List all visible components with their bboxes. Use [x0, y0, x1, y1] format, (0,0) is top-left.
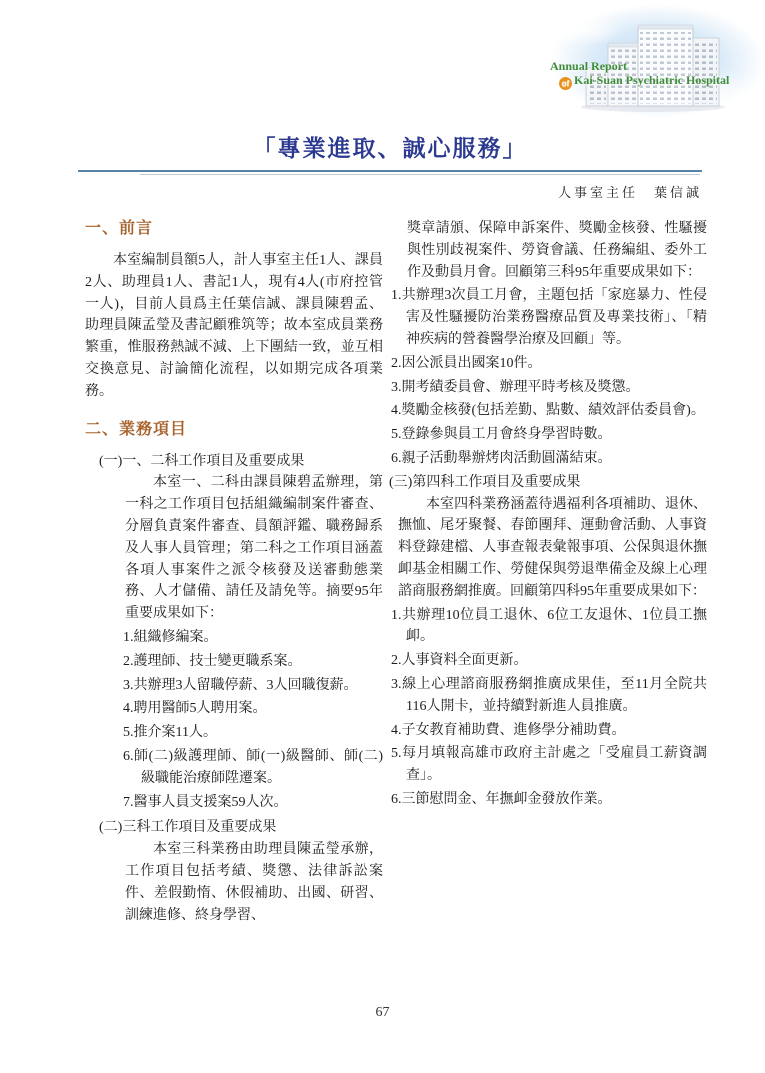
list-item: 5.登錄參與員工月會終身學習時數。: [391, 424, 707, 446]
list-item: 3.共辦理3人留職停薪、3人回職復薪。: [123, 675, 383, 697]
list-item: 3.開考績委員會、辦理平時考核及獎懲。: [391, 377, 707, 399]
list-item: 4.子女教育補助費、進修學分補助費。: [391, 720, 707, 742]
list-item: 1.共辦理3次員工月會，主題包括「家庭暴力、性侵害及性騷擾防治業務醫療品質及專業…: [391, 285, 707, 350]
page-title: 「專業進取、誠心服務」: [78, 130, 702, 163]
list-item: 6.親子活動舉辦烤肉活動圓滿結束。: [391, 448, 707, 470]
list-item: 1.共辦理10位員工退休、6位工友退休、1位員工撫卹。: [391, 605, 707, 649]
list-item: 5.每月填報高雄市政府主計處之「受雇員工薪資調查」。: [391, 743, 707, 787]
list-item: 2.護理師、技士變更職系案。: [123, 651, 383, 673]
group1-list: 1.組織修編案。 2.護理師、技士變更職系案。 3.共辦理3人留職停薪、3人回職…: [123, 627, 383, 813]
list-item: 7.醫事人員支援案59人次。: [123, 792, 383, 814]
group1-intro: 本室一、二科由課員陳碧孟辦理，第一科之工作項目包括組織編制案件審查、分層負責案件…: [125, 472, 383, 625]
right-column: 獎章請頒、保障申訴案件、獎勵金核發、性騷擾與性別歧視案件、勞資會議、任務編組、委…: [389, 218, 707, 926]
group3-list: 1.共辦理3次員工月會，主題包括「家庭暴力、性侵害及性騷擾防治業務醫療品質及專業…: [391, 285, 707, 469]
list-item: 2.因公派員出國案10件。: [391, 353, 707, 375]
list-item: 1.組織修編案。: [123, 627, 383, 649]
of-badge: of: [559, 77, 572, 90]
title-block: 「專業進取、誠心服務」 人事室主任 葉信誠: [78, 130, 702, 201]
list-item: 4.獎勵金核發(包括差勤、點數、績效評估委員會)。: [391, 400, 707, 422]
group2-title: (二)三科工作項目及重要成果: [99, 817, 383, 839]
group4-title: (三)第四科工作項目及重要成果: [389, 472, 707, 494]
page-number: 67: [0, 1005, 765, 1021]
title-divider-shadow: [140, 174, 700, 175]
hospital-name-label: Kai-Suan Psychiatric Hospital: [574, 73, 729, 87]
group4-intro: 本室四科業務涵蓋待遇福利各項補助、退休、撫恤、尾牙聚餐、春節團拜、運動會活動、人…: [398, 494, 707, 603]
group2-continuation: 獎章請頒、保障申訴案件、獎勵金核發、性騷擾與性別歧視案件、勞資會議、任務編組、委…: [407, 218, 707, 283]
section-heading-foreword: 一、前言: [85, 218, 383, 240]
list-item: 3.線上心理諮商服務網推廣成果佳，至11月全院共116人開卡，並持續對新進人員推…: [391, 674, 707, 718]
group1-title: (一)一、二科工作項目及重要成果: [99, 451, 383, 473]
foreword-paragraph: 本室編制員額5人，計人事室主任1人、課員2人、助理員1人、書記1人，現有4人(市…: [85, 250, 383, 403]
group4-list: 1.共辦理10位員工退休、6位工友退休、1位員工撫卹。 2.人事資料全面更新。 …: [391, 605, 707, 811]
author-byline: 人事室主任 葉信誠: [78, 182, 702, 201]
section-heading-business-items: 二、業務項目: [85, 419, 383, 441]
list-item: 2.人事資料全面更新。: [391, 650, 707, 672]
list-item: 6.師(二)級護理師、師(一)級醫師、師(二)級職能治療師陞遷案。: [123, 746, 383, 790]
group2-intro: 本室三科業務由助理員陳孟瑩承辦，工作項目包括考績、獎懲、法律訴訟案件、差假勤惰、…: [125, 839, 383, 926]
left-column: 一、前言 本室編制員額5人，計人事室主任1人、課員2人、助理員1人、書記1人，現…: [85, 218, 383, 926]
title-divider: [78, 170, 702, 172]
logo-text: Annual Report ofKai-Suan Psychiatric Hos…: [550, 60, 729, 90]
article-body: 一、前言 本室編制員額5人，計人事室主任1人、課員2人、助理員1人、書記1人，現…: [85, 218, 707, 926]
list-item: 4.聘用醫師5人聘用案。: [123, 698, 383, 720]
hospital-name-line: ofKai-Suan Psychiatric Hospital: [559, 74, 729, 90]
hospital-logo: Annual Report ofKai-Suan Psychiatric Hos…: [528, 2, 765, 142]
list-item: 6.三節慰問金、年撫卹金發放作業。: [391, 789, 707, 811]
annual-report-label: Annual Report: [550, 60, 729, 73]
list-item: 5.推介案11人。: [123, 722, 383, 744]
